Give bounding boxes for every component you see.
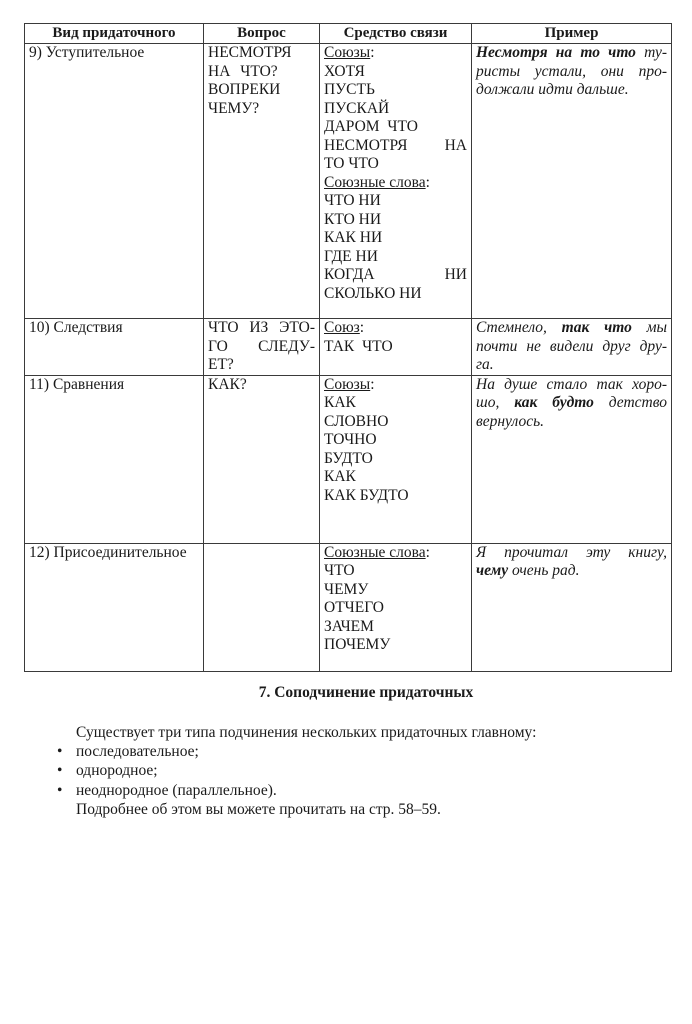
header-clause-type: Вид придаточного xyxy=(25,24,204,44)
bullet-icon: • xyxy=(57,742,62,761)
connector-cell: Союзы: КАК СЛОВНО ТОЧНО БУДТО КАК КАК БУ… xyxy=(320,375,472,543)
clause-type-cell: 10) Следствия xyxy=(25,319,204,376)
header-example: Пример xyxy=(472,24,672,44)
clause-type-cell: 9) Уступительное xyxy=(25,44,204,319)
header-connector: Средство связи xyxy=(320,24,472,44)
example-cell: Я прочитал эту книгу, чему очень рад. xyxy=(472,543,672,671)
question-cell xyxy=(204,543,320,671)
connector-cell: Союзные слова: ЧТО ЧЕМУ ОТЧЕГО ЗАЧЕМ ПОЧ… xyxy=(320,543,472,671)
example-cell: На душе стало так хоро- шо, как будто де… xyxy=(472,375,672,543)
table-row: 10) Следствия ЧТО ИЗ ЭТО- ГО СЛЕДУ- ЕТ? … xyxy=(25,319,672,376)
list-item: •неоднородное (параллельное). xyxy=(57,781,277,800)
connector-cell: Союзы: ХОТЯ ПУСТЬ ПУСКАЙ ДАРОМ ЧТО НЕСМО… xyxy=(320,44,472,319)
table-row: 11) Сравнения КАК? Союзы: КАК СЛОВНО ТОЧ… xyxy=(25,375,672,543)
header-question: Вопрос xyxy=(204,24,320,44)
section-heading: 7. Соподчинение придаточных xyxy=(0,684,692,702)
bullet-icon: • xyxy=(57,761,62,780)
clause-types-table: Вид придаточного Вопрос Средство связи П… xyxy=(24,23,672,672)
example-cell: Стемнело, так что мы почти не видели дру… xyxy=(472,319,672,376)
connector-label: Союзные слова: xyxy=(324,544,467,563)
connector-label: Союзные слова: xyxy=(324,174,467,193)
clause-type-cell: 11) Сравнения xyxy=(25,375,204,543)
question-cell: КАК? xyxy=(204,375,320,543)
intro-paragraph: Существует три типа подчинения нескольки… xyxy=(76,723,536,742)
bullet-icon: • xyxy=(57,781,62,800)
list-item: •последовательное; xyxy=(57,742,277,761)
connector-label: Союзы: xyxy=(324,376,467,395)
example-cell: Несмотря на то что ту- ристы устали, они… xyxy=(472,44,672,319)
clause-type-cell: 12) Присоединительное xyxy=(25,543,204,671)
table-header-row: Вид придаточного Вопрос Средство связи П… xyxy=(25,24,672,44)
question-cell: ЧТО ИЗ ЭТО- ГО СЛЕДУ- ЕТ? xyxy=(204,319,320,376)
list-item: •однородное; xyxy=(57,761,277,780)
connector-label: Союзы: xyxy=(324,44,467,63)
connector-cell: Союз: ТАК ЧТО xyxy=(320,319,472,376)
subordination-types-list: •последовательное; •однородное; •неоднор… xyxy=(57,742,277,800)
page-reference: Подробнее об этом вы можете прочитать на… xyxy=(76,800,441,819)
question-cell: НЕСМОТРЯ НА ЧТО? ВОПРЕКИ ЧЕМУ? xyxy=(204,44,320,319)
table-row: 12) Присоединительное Союзные слова: ЧТО… xyxy=(25,543,672,671)
table-row: 9) Уступительное НЕСМОТРЯ НА ЧТО? ВОПРЕК… xyxy=(25,44,672,319)
connector-label: Союз: xyxy=(324,319,467,338)
